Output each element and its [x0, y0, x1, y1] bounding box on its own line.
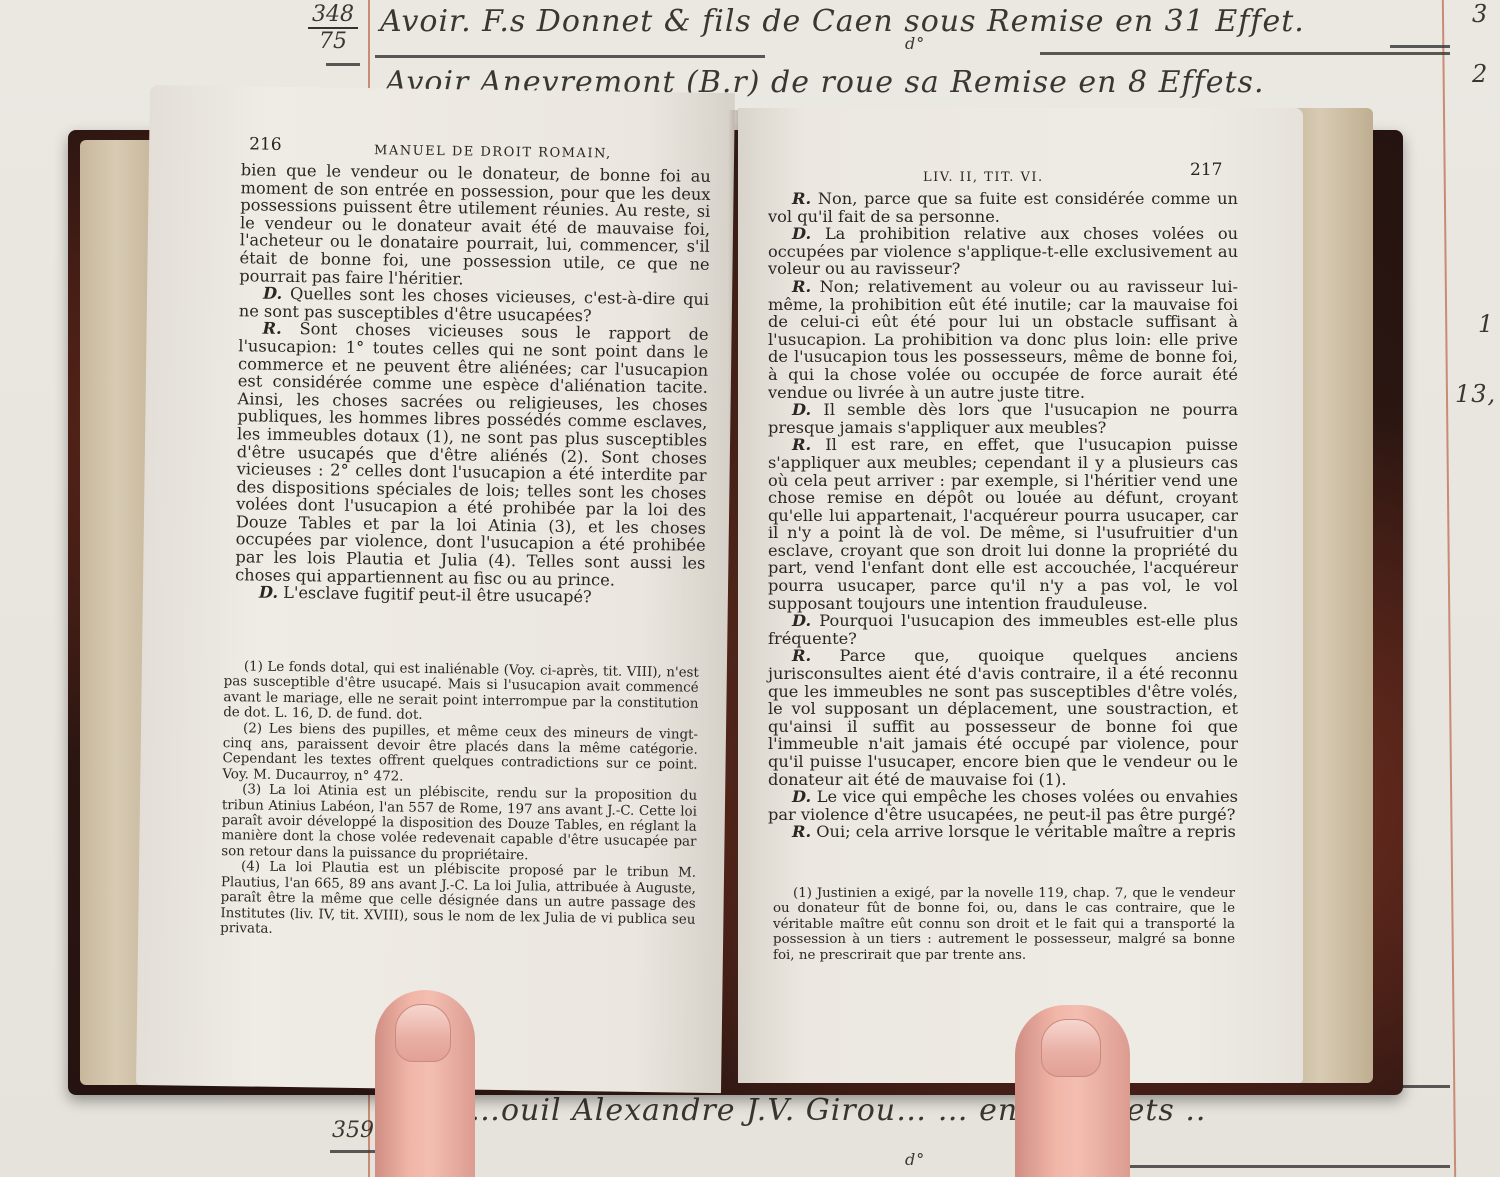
finger-right — [1015, 1005, 1130, 1177]
question-label: D. — [263, 284, 282, 303]
question-label: D. — [792, 787, 811, 806]
answer-paragraph: R. Sont choses vicieuses sous le rapport… — [235, 320, 709, 590]
question-paragraph: D. La prohibition relative aux choses vo… — [768, 225, 1238, 278]
body-text: bien que le vendeur ou le donateur, de b… — [235, 161, 711, 607]
ledger-entry-text: Avoir. F.s Donnet & fils de Caen sous Re… — [380, 4, 1305, 39]
answer-label: R. — [792, 189, 811, 208]
running-head: MANUEL DE DROIT ROMAIN, — [374, 143, 612, 161]
answer-label: R. — [792, 646, 811, 665]
page-number: 216 — [249, 134, 282, 154]
answer-label: R. — [792, 822, 811, 841]
footnote: (1) Le fonds dotal, qui est inaliénable … — [223, 659, 699, 727]
ledger-rule — [375, 55, 765, 58]
question-paragraph: D. Il semble dès lors que l'usucapion ne… — [768, 401, 1238, 436]
question-label: D. — [792, 224, 811, 243]
footnotes: (1) Justinien a exigé, par la novelle 11… — [773, 886, 1235, 963]
left-page: 216 MANUEL DE DROIT ROMAIN, bien que le … — [136, 85, 735, 1093]
ledger-rule — [1040, 52, 1450, 55]
answer-paragraph: R. Il est rare, en effet, que l'usucapio… — [768, 436, 1238, 612]
page-number: 217 — [1190, 160, 1222, 180]
answer-label: R. — [792, 277, 811, 296]
question-paragraph: D. Le vice qui empêche les choses volées… — [768, 788, 1238, 823]
fingernail — [395, 1004, 451, 1062]
ledger-rule — [1390, 45, 1450, 48]
answer-paragraph: R. Non; relativement au voleur ou au rav… — [768, 278, 1238, 401]
ledger-margin-number: 13, — [1455, 380, 1496, 408]
ledger-margin-number: 1 — [1478, 310, 1494, 338]
answer-label: R. — [792, 435, 811, 454]
ledger-entry-number: 359 — [328, 1118, 378, 1143]
ledger-margin-number: 3 — [1472, 0, 1488, 28]
answer-paragraph: R. Non, parce que sa fuite est considéré… — [768, 190, 1238, 225]
ledger-margin-number: 2 — [1472, 60, 1488, 88]
ledger-margin-rule-right — [1442, 0, 1456, 1177]
ledger-ditto: d° — [905, 1150, 925, 1169]
footnote: (2) Les biens des pupilles, et même ceux… — [222, 721, 698, 789]
fingernail — [1041, 1019, 1101, 1077]
right-page: LIV. II, TIT. VI. 217 R. Non, parce que … — [738, 108, 1303, 1083]
question-label: D. — [792, 611, 811, 630]
answer-paragraph: R. Oui; cela arrive lorsque le véritable… — [768, 823, 1238, 841]
footnote: (3) La loi Atinia est un plébiscite, ren… — [221, 782, 697, 866]
paragraph: bien que le vendeur ou le donateur, de b… — [239, 161, 711, 291]
footnote: (1) Justinien a exigé, par la novelle 11… — [773, 886, 1235, 963]
body-text: R. Non, parce que sa fuite est considéré… — [768, 190, 1238, 841]
finger-left — [375, 990, 475, 1177]
footnotes: (1) Le fonds dotal, qui est inaliénable … — [220, 659, 699, 943]
question-label: D. — [259, 583, 278, 602]
question-label: D. — [792, 400, 811, 419]
question-paragraph: D. Pourquoi l'usucapion des immeubles es… — [768, 612, 1238, 647]
running-head: LIV. II, TIT. VI. — [923, 170, 1044, 185]
ledger-ditto: d° — [905, 34, 925, 53]
answer-paragraph: R. Parce que, quoique quelques anciens j… — [768, 647, 1238, 788]
answer-label: R. — [262, 319, 281, 338]
ledger-entry-number: 348 75 — [308, 2, 358, 54]
footnote: (4) La loi Plautia est un plébiscite pro… — [220, 859, 696, 943]
ledger-rule — [330, 1150, 375, 1153]
ledger-rule — [326, 63, 360, 66]
